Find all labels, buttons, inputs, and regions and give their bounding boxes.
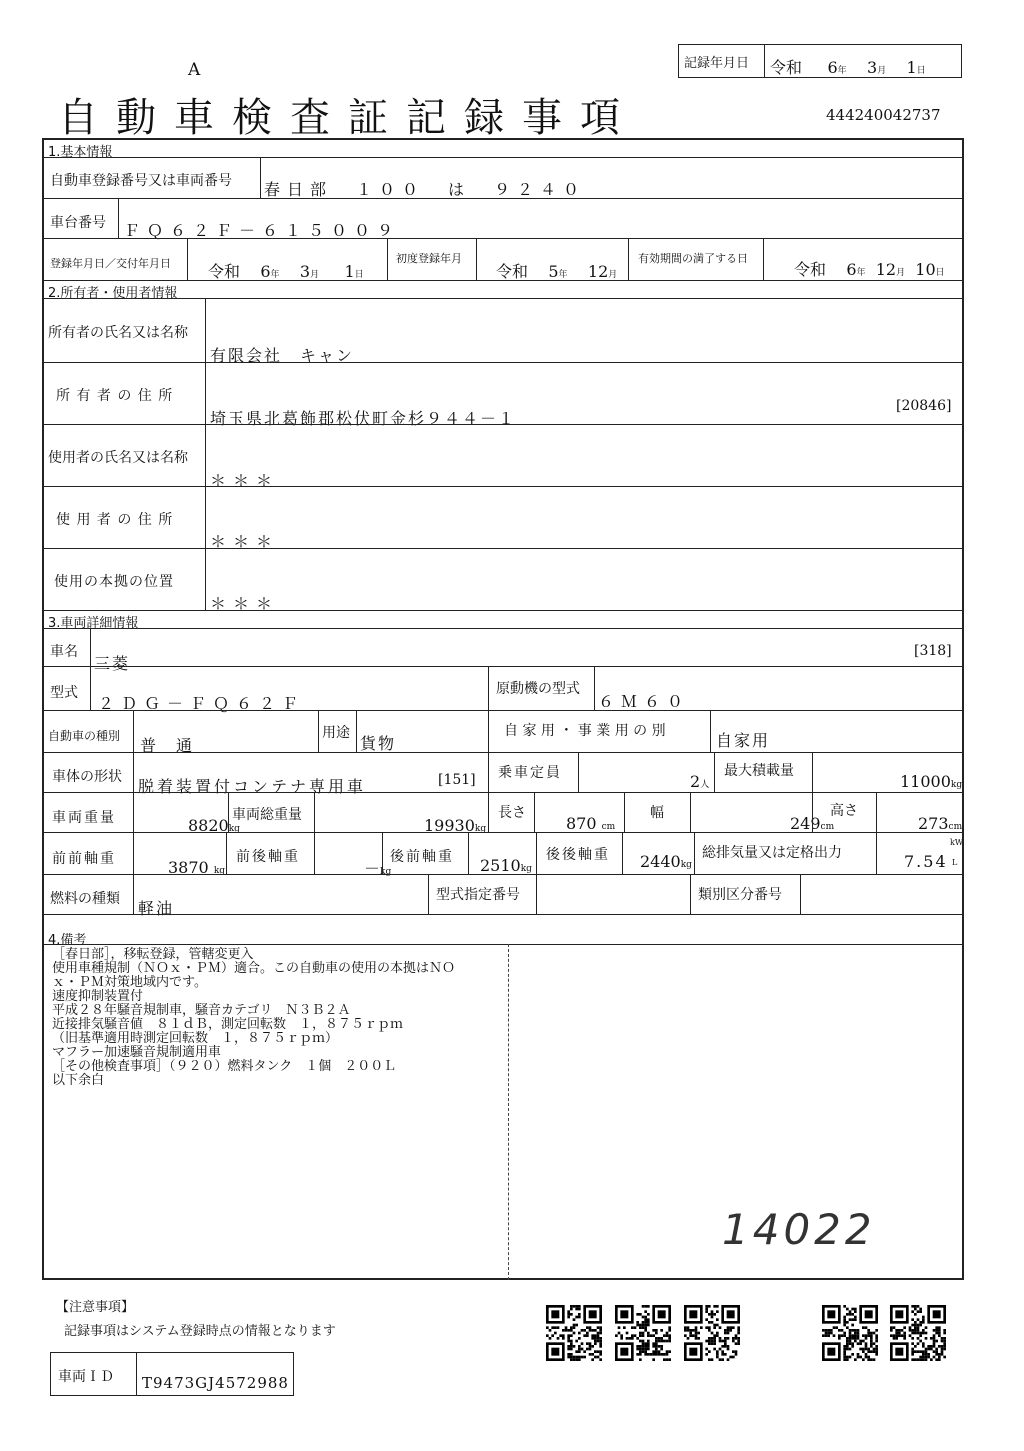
owner-name-label: 所有者の氏名又は名称: [48, 322, 188, 342]
capacity-label: 乗車定員: [498, 762, 562, 782]
height-label: 高さ: [830, 800, 858, 820]
first-reg-value: 令和 5年 12月: [496, 259, 617, 282]
caution-title: 【注意事項】: [56, 1296, 134, 1315]
owner-address-code: [20846]: [896, 398, 951, 414]
make-label: 車名: [50, 641, 78, 661]
category-code-label: 類別区分番号: [698, 884, 782, 904]
caution-text: 記録事項はシステム登録時点の情報となります: [64, 1320, 336, 1339]
note-line: ｘ・ＰＭ対策地域内です。: [52, 976, 455, 990]
category-label: 自動車の種別: [48, 727, 120, 744]
note-line: 使用車種規制（ＮＯｘ・ＰＭ）適合。この自動車の使用の本拠はＮＯ: [52, 962, 455, 976]
document-number: 444240042737: [826, 106, 941, 124]
note-line: 速度抑制装置付: [52, 990, 455, 1004]
private-business-label: 自 家 用 ・ 事 業 用 の 別: [504, 720, 666, 740]
model-label: 型式: [50, 682, 78, 702]
displacement-value: 7.54: [904, 852, 948, 871]
fr-axle-label: 前後軸重: [236, 846, 300, 866]
width-label: 幅: [650, 802, 664, 822]
base-location-label: 使用の本拠の位置: [54, 571, 174, 591]
engine-label: 原動機の型式: [496, 678, 580, 698]
qr-code-3: [684, 1305, 740, 1361]
note-line: 平成２８年騒音規制車，騒音カテゴリ Ｎ３Ｂ２Ａ: [52, 1004, 455, 1018]
reg-number-label: 自動車登録番号又は車両番号: [50, 170, 232, 190]
displacement-label: 総排気量又は定格出力: [702, 842, 842, 862]
record-date-label: 記録年月日: [684, 52, 749, 71]
vehicle-id-label: 車両ＩＤ: [58, 1366, 114, 1386]
owner-address-value: 埼玉県北葛飾郡松伏町金杉９４４－１: [210, 406, 516, 429]
displacement-unit-kw: kW: [950, 838, 963, 847]
body-shape-value: 脱着装置付コンテナ専用車: [138, 774, 366, 797]
make-code: [318]: [914, 643, 952, 659]
private-business-value: 自家用: [716, 728, 770, 751]
document-title: 自動車検査証記録事項: [58, 86, 638, 143]
first-reg-label: 初度登録年月: [396, 250, 462, 266]
corner-letter: A: [188, 60, 200, 80]
fuel-value: 軽油: [138, 896, 174, 919]
rr-axle-label: 後後軸重: [546, 844, 610, 864]
reg-date-label: 登録年月日／交付年月日: [50, 255, 171, 271]
record-date-value: 令和 6年 3月 1日: [770, 55, 926, 78]
fr-axle-value: －kg: [364, 856, 391, 879]
note-line: ［春日部］，移転登録，管轄変更入: [52, 948, 455, 962]
rf-axle-value: 2510kg: [480, 856, 532, 875]
usage-label: 用途: [322, 722, 350, 742]
usage-value: 貨物: [360, 731, 396, 754]
qr-code-5: [890, 1305, 946, 1361]
reg-date-value: 令和 6年 3月 1日: [208, 259, 364, 282]
type-designation-label: 型式指定番号: [436, 884, 520, 904]
weight-label: 車両重量: [52, 807, 116, 827]
user-address-label: 使 用 者 の 住 所: [56, 509, 173, 529]
chassis-label: 車台番号: [50, 212, 106, 232]
notes-block: ［春日部］，移転登録，管轄変更入 使用車種規制（ＮＯｘ・ＰＭ）適合。この自動車の…: [52, 948, 455, 1088]
capacity-value: 2人: [690, 772, 709, 791]
handwritten-number: 14022: [722, 1205, 876, 1254]
user-name-value: ＊＊＊: [210, 468, 279, 491]
qr-code-2: [615, 1305, 671, 1361]
ff-axle-label: 前前軸重: [52, 848, 116, 868]
note-line: （旧基準適用時測定回転数 １，８７５ｒｐｍ）: [52, 1032, 455, 1046]
make-value: 三菱: [94, 651, 130, 674]
fuel-label: 燃料の種類: [50, 888, 120, 908]
owner-address-label: 所 有 者 の 住 所: [56, 385, 173, 405]
note-line: 以下余白: [52, 1074, 455, 1088]
max-load-label: 最大積載量: [724, 760, 794, 780]
expiry-label: 有効期間の満了する日: [638, 250, 748, 266]
qr-code-1: [546, 1305, 602, 1361]
body-shape-label: 車体の形状: [52, 766, 122, 786]
displacement-unit-l: L: [952, 858, 957, 867]
max-load-value: 11000kg: [900, 772, 962, 791]
length-label: 長さ: [498, 802, 526, 822]
vehicle-id-value: T9473GJ4572988: [142, 1374, 289, 1392]
user-name-label: 使用者の氏名又は名称: [48, 447, 188, 467]
engine-value: ６Ｍ６０: [598, 689, 690, 712]
note-line: ［その他検査事項］（９２０）燃料タンク １個 ２００Ｌ: [52, 1060, 455, 1074]
rr-axle-value: 2440kg: [640, 852, 692, 871]
rf-axle-label: 後前軸重: [390, 846, 454, 866]
note-line: マフラー加速騒音規制適用車: [52, 1046, 455, 1060]
note-line: 近接排気騒音値 ８１ｄＢ，測定回転数 １，８７５ｒｐｍ: [52, 1018, 455, 1032]
height-value: 273cm: [918, 814, 962, 833]
gross-weight-label: 車両総重量: [232, 804, 302, 824]
qr-code-4: [822, 1305, 878, 1361]
notes-divider: [508, 944, 509, 1280]
section4-title: 4.備考: [48, 929, 86, 948]
length-value: 870 cm: [566, 814, 615, 833]
expiry-value: 令和 6年 12月 10日: [794, 257, 945, 280]
body-shape-code: [151]: [438, 772, 476, 788]
reg-number-value: 春日部 １００ は ９２４０: [264, 177, 586, 200]
